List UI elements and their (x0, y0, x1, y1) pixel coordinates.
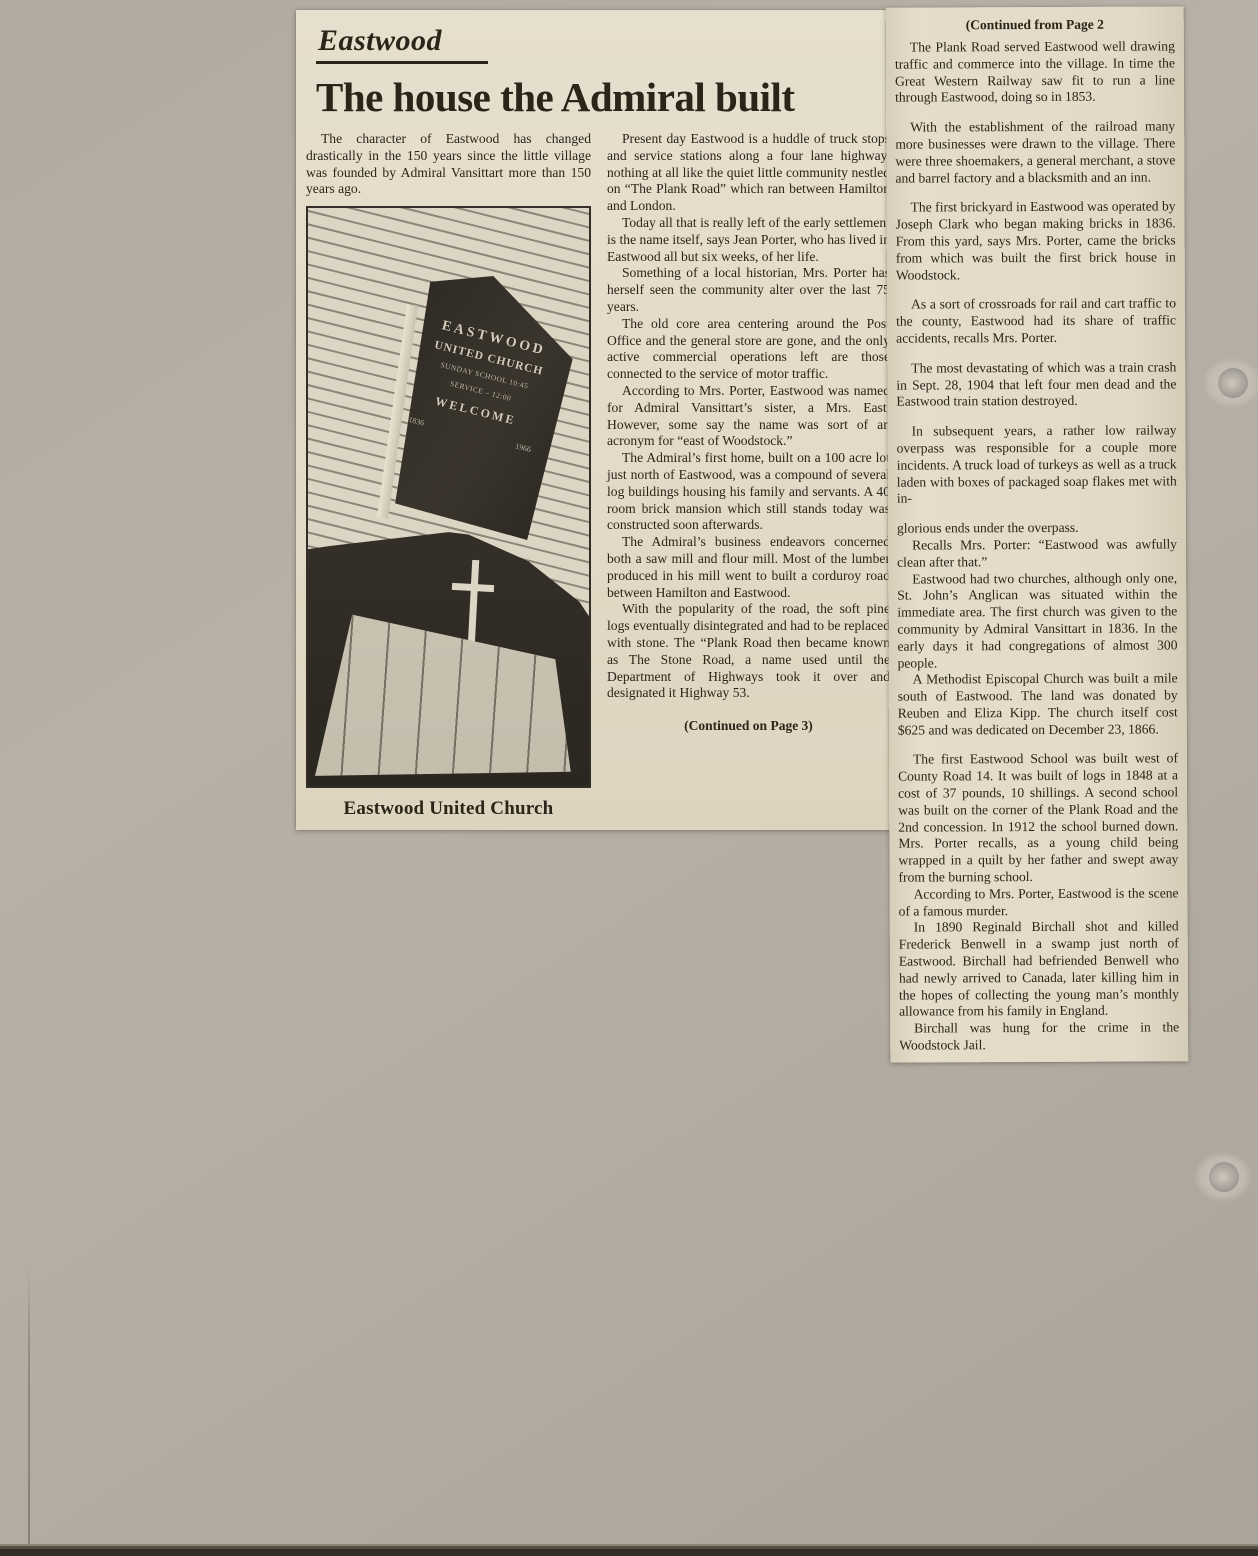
continued-note: (Continued on Page 3) (607, 718, 890, 734)
page-bottom-edge (0, 1544, 1258, 1556)
body-paragraph: glorious ends under the overpass. (888, 519, 1186, 537)
body-paragraph: The Admiral’s first home, built on a 100… (607, 450, 890, 534)
article-columns: The character of Eastwood has changed dr… (296, 129, 892, 820)
article-headline: The house the Admiral built (316, 76, 874, 119)
body-paragraph: Present day Eastwood is a huddle of truc… (607, 131, 890, 215)
article-right-column: Present day Eastwood is a huddle of truc… (607, 131, 890, 820)
body-paragraph: Recalls Mrs. Porter: “Eastwood was awful… (888, 536, 1186, 571)
page-crease (28, 1270, 30, 1546)
newspaper-clipping-continuation: (Continued from Page 2 The Plank Road se… (886, 6, 1189, 1062)
body-paragraph: The first brickyard in Eastwood was oper… (887, 199, 1185, 284)
body-paragraph: Something of a local historian, Mrs. Por… (607, 265, 890, 315)
body-paragraph: With the popularity of the road, the sof… (607, 601, 890, 702)
article-left-column: The character of Eastwood has changed dr… (306, 131, 591, 820)
hole-punch-bottom (1209, 1162, 1239, 1192)
section-kicker: Eastwood (316, 24, 488, 64)
body-paragraph: With the establishment of the railroad m… (886, 119, 1184, 187)
body-paragraph: Eastwood had two churches, although only… (888, 570, 1186, 672)
body-paragraph: As a sort of crossroads for rail and car… (887, 296, 1185, 348)
body-paragraph: The first Eastwood School was built west… (889, 751, 1188, 887)
body-paragraph: According to Mrs. Porter, Eastwood was n… (607, 383, 890, 450)
body-paragraph: Today all that is really left of the ear… (607, 215, 890, 265)
body-paragraph: A Methodist Episcopal Church was built a… (889, 671, 1187, 739)
photo-caption: Eastwood United Church (306, 798, 591, 820)
continued-from-header: (Continued from Page 2 (886, 16, 1184, 33)
body-paragraph: The most devastating of which was a trai… (887, 359, 1185, 411)
scrapbook-page: { "article": { "kicker": "Eastwood", "he… (0, 0, 1258, 1556)
church-photo: EASTWOOD UNITED CHURCH SUNDAY SCHOOL 10:… (306, 206, 591, 788)
body-paragraph: In 1890 Reginald Birchall shot and kille… (890, 919, 1188, 1021)
newspaper-clipping-main: Eastwood The house the Admiral built The… (296, 10, 892, 830)
body-paragraph: According to Mrs. Porter, Eastwood is th… (890, 885, 1188, 920)
body-paragraph: The Plank Road served Eastwood well draw… (886, 38, 1184, 106)
body-paragraph: The old core area centering around the P… (607, 316, 890, 383)
body-paragraph: In subsequent years, a rather low railwa… (888, 422, 1186, 507)
hole-punch-top (1218, 368, 1248, 398)
body-paragraph: Birchall was hung for the crime in the W… (890, 1020, 1188, 1055)
intro-paragraph: The character of Eastwood has changed dr… (306, 131, 591, 198)
body-paragraph: The Admiral’s business endeavors concern… (607, 534, 890, 601)
